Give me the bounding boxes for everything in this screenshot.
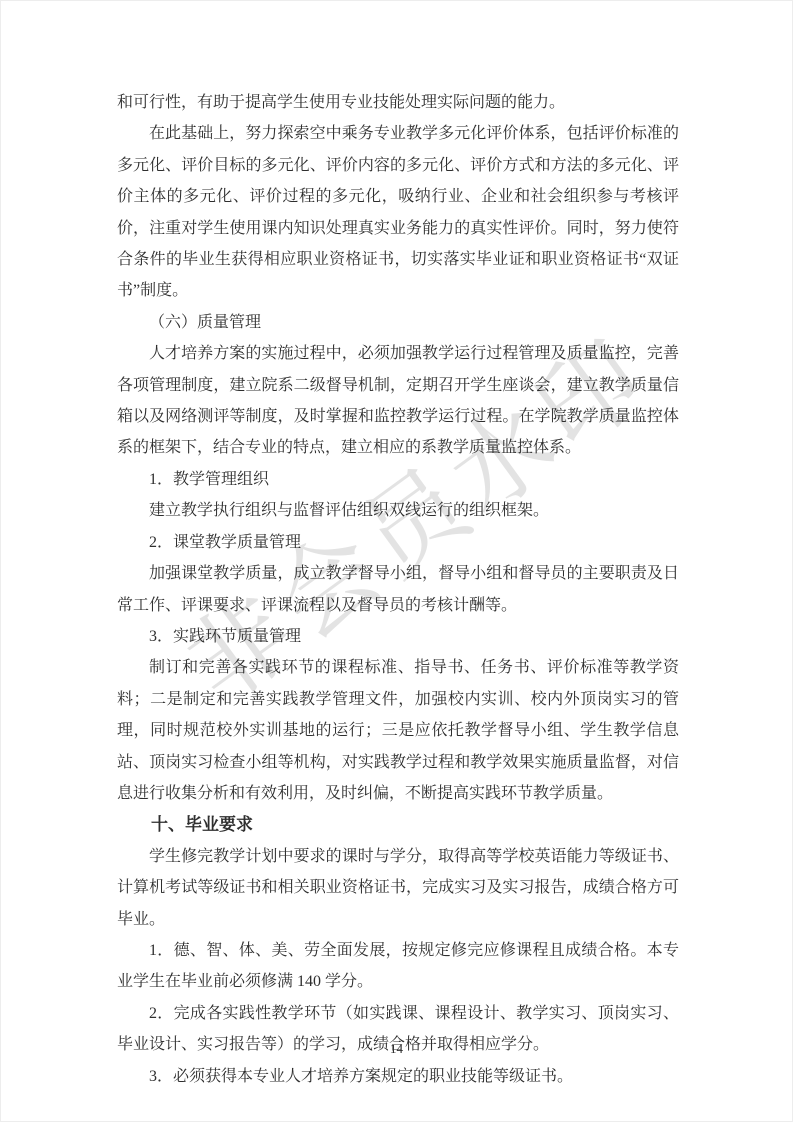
paragraph: 3．实践环节质量管理 [117, 621, 679, 652]
paragraph: 1．教学管理组织 [117, 464, 679, 495]
paragraph: 2．课堂教学质量管理 [117, 527, 679, 558]
paragraph: 在此基础上，努力探索空中乘务专业教学多元化评价体系，包括评价标准的多元化、评价目… [117, 118, 679, 306]
paragraph: （六）质量管理 [117, 307, 679, 338]
document-body: 和可行性，有助于提高学生使用专业技能处理实际问题的能力。在此基础上，努力探索空中… [117, 87, 679, 1092]
paragraph: 制订和完善各实践环节的课程标准、指导书、任务书、评价标准等教学资料；二是制定和完… [117, 652, 679, 809]
paragraph: 学生修完教学计划中要求的课时与学分，取得高等学校英语能力等级证书、计算机考试等级… [117, 841, 679, 935]
paragraph: 人才培养方案的实施过程中，必须加强教学运行过程管理及质量监控，完善各项管理制度，… [117, 338, 679, 464]
paragraph: 和可行性，有助于提高学生使用专业技能处理实际问题的能力。 [117, 87, 679, 118]
paragraph: 加强课堂教学质量，成立教学督导小组，督导小组和督导员的主要职责及日常工作、评课要… [117, 558, 679, 621]
paragraph: 1．德、智、体、美、劳全面发展，按规定修完应修课程且成绩合格。本专业学生在毕业前… [117, 935, 679, 998]
paragraph: 建立教学执行组织与监督评估组织双线运行的组织框架。 [117, 495, 679, 526]
paragraph: 3．必须获得本专业人才培养方案规定的职业技能等级证书。 [117, 1061, 679, 1092]
document-page: 非会员水印 和可行性，有助于提高学生使用专业技能处理实际问题的能力。在此基础上，… [0, 0, 793, 1122]
page-number: 14 [1, 1041, 792, 1057]
section-heading: 十、毕业要求 [117, 809, 679, 840]
